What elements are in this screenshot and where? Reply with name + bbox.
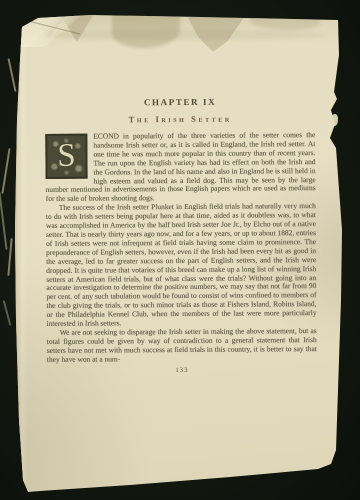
page-content: CHAPTER IX The Irish Setter S ECOND in p… — [45, 96, 317, 374]
drop-cap-letter: S — [57, 140, 76, 173]
paragraph-3: We are not seeking to disparage the Iris… — [47, 327, 317, 365]
photo-background: CHAPTER IX The Irish Setter S ECOND in p… — [0, 0, 360, 500]
book-page: CHAPTER IX The Irish Setter S ECOND in p… — [0, 0, 360, 500]
binding-thread — [7, 58, 16, 92]
binding-thread — [0, 192, 8, 250]
binding-thread — [3, 300, 12, 326]
page-number: 133 — [47, 366, 317, 375]
body-text: S ECOND in popularity of the three varie… — [45, 131, 317, 364]
section-title: The Irish Setter — [45, 113, 315, 125]
binding-thread — [1, 148, 10, 194]
water-stain — [250, 14, 320, 30]
drop-cap-ornament: S — [45, 134, 87, 179]
paragraph-1: S ECOND in popularity of the three varie… — [45, 131, 315, 204]
binding-thread — [7, 238, 12, 276]
paragraph-2: The success of the Irish setter Plunket … — [46, 202, 317, 329]
chapter-heading: CHAPTER IX — [45, 96, 315, 108]
frayed-edge — [14, 16, 28, 494]
